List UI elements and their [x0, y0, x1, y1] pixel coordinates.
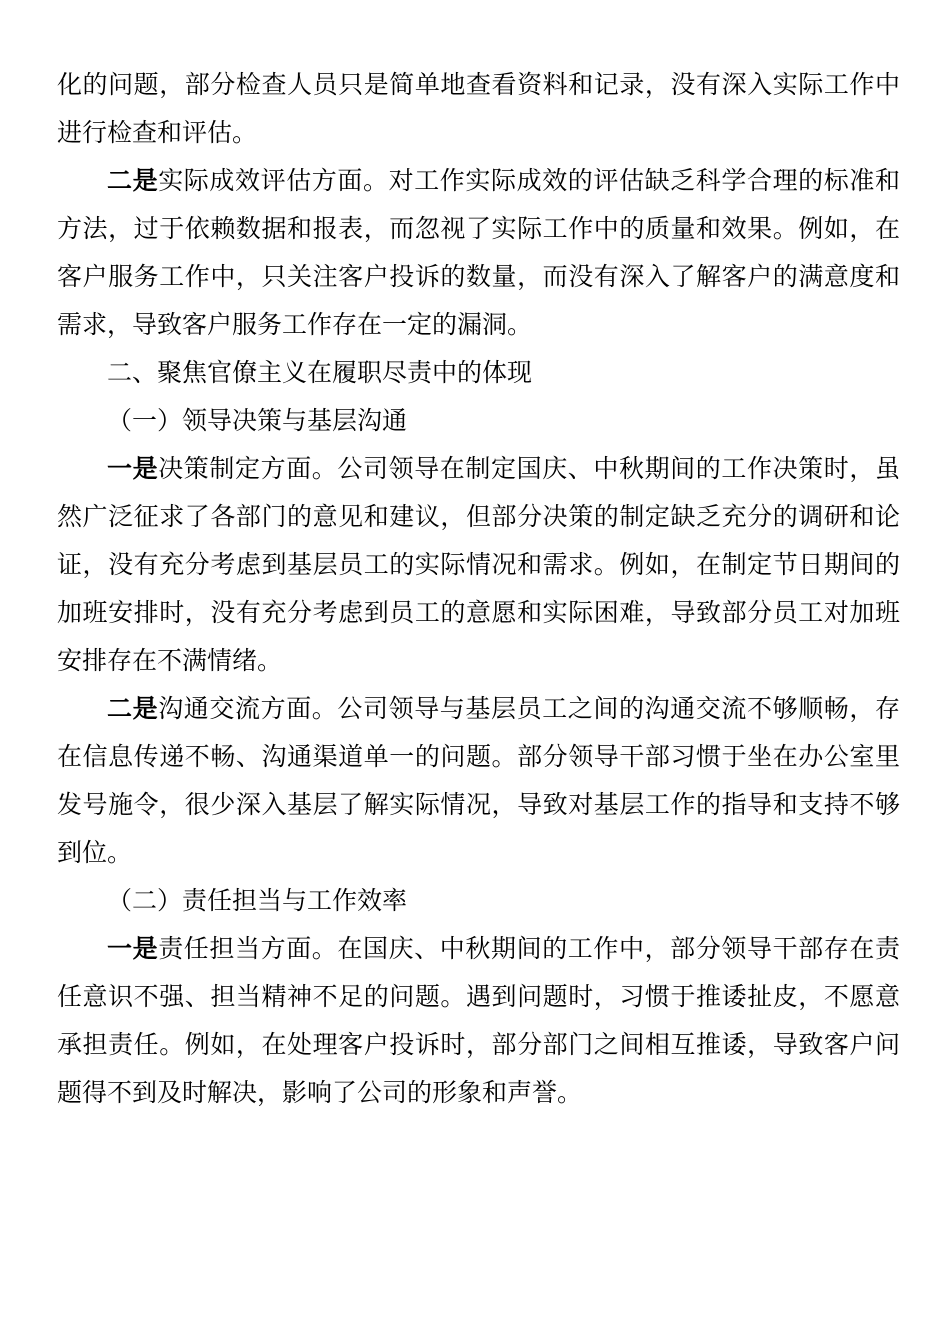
paragraph: 一是责任担当方面。在国庆、中秋期间的工作中，部分领导干部存在责任意识不强、担当精…	[57, 925, 900, 1117]
paragraph-text: （二）责任担当与工作效率	[107, 887, 407, 915]
paragraph: 一是决策制定方面。公司领导在制定国庆、中秋期间的工作决策时，虽然广泛征求了各部门…	[57, 445, 900, 685]
paragraph-text: 沟通交流方面。公司领导与基层员工之间的沟通交流不够顺畅，存在信息传递不畅、沟通渠…	[57, 695, 900, 867]
paragraph: 二是沟通交流方面。公司领导与基层员工之间的沟通交流不够顺畅，存在信息传递不畅、沟…	[57, 685, 900, 877]
paragraph-text: 二、聚焦官僚主义在履职尽责中的体现	[107, 359, 532, 387]
paragraph-text: 实际成效评估方面。对工作实际成效的评估缺乏科学合理的标准和方法，过于依赖数据和报…	[57, 167, 900, 339]
paragraph-text: 化的问题，部分检查人员只是简单地查看资料和记录，没有深入实际工作中进行检查和评估…	[57, 71, 900, 147]
section-heading2: （二）责任担当与工作效率	[57, 877, 900, 925]
paragraph: 化的问题，部分检查人员只是简单地查看资料和记录，没有深入实际工作中进行检查和评估…	[57, 61, 900, 157]
document-page: 化的问题，部分检查人员只是简单地查看资料和记录，没有深入实际工作中进行检查和评估…	[0, 0, 950, 1344]
paragraph-text: 责任担当方面。在国庆、中秋期间的工作中，部分领导干部存在责任意识不强、担当精神不…	[57, 935, 900, 1107]
paragraph-lead: 一是	[107, 935, 158, 963]
section-heading2: （一）领导决策与基层沟通	[57, 397, 900, 445]
paragraph-lead: 二是	[107, 167, 158, 195]
document-body: 化的问题，部分检查人员只是简单地查看资料和记录，没有深入实际工作中进行检查和评估…	[57, 61, 900, 1117]
paragraph-lead: 一是	[107, 455, 158, 483]
paragraph-text: （一）领导决策与基层沟通	[107, 407, 407, 435]
paragraph-text: 决策制定方面。公司领导在制定国庆、中秋期间的工作决策时，虽然广泛征求了各部门的意…	[57, 455, 900, 675]
paragraph-lead: 二是	[107, 695, 158, 723]
section-heading1: 二、聚焦官僚主义在履职尽责中的体现	[57, 349, 900, 397]
paragraph: 二是实际成效评估方面。对工作实际成效的评估缺乏科学合理的标准和方法，过于依赖数据…	[57, 157, 900, 349]
